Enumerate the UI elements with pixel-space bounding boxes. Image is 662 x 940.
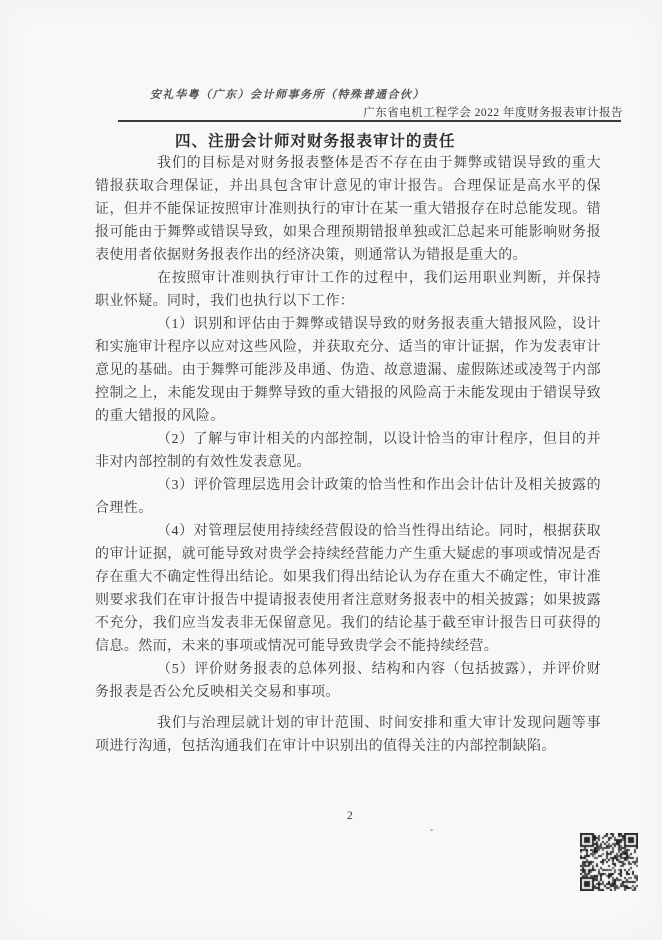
body-paragraph: 我们与治理层就计划的审计范围、时间安排和重大审计发现问题等事项进行沟通，包括沟通… — [95, 712, 601, 758]
body-paragraph: （3）评价管理层选用会计政策的恰当性和作出会计估计及相关披露的合理性。 — [95, 474, 601, 520]
body-paragraph: 我们的目标是对财务报表整体是否不存在由于舞弊或错误导致的重大错报获取合理保证，并… — [95, 152, 601, 267]
qr-code-canvas — [580, 833, 638, 891]
body-paragraph: （5）评价财务报表的总体列报、结构和内容（包括披露），并评价财务报表是否公允反映… — [95, 658, 601, 704]
document-body: 我们的目标是对财务报表整体是否不存在由于舞弊或错误导致的重大错报获取合理保证，并… — [95, 152, 601, 758]
body-paragraph: （4）对管理层使用持续经营假设的恰当性得出结论。同时，根据获取的审计证据，就可能… — [95, 520, 601, 658]
body-paragraph: （2）了解与审计相关的内部控制，以设计恰当的审计程序，但目的并非对内部控制的有效… — [95, 428, 601, 474]
qr-code-icon — [580, 833, 638, 891]
body-paragraph: （1）识别和评估由于舞弊或错误导致的财务报表重大错报风险，设计和实施审计程序以应… — [95, 313, 601, 428]
report-title-header: 广东省电机工程学会 2022 年度财务报表审计报告 — [363, 104, 623, 120]
scanned-document-page: 安礼华粤（广东）会计师事务所（特殊普通合伙） 广东省电机工程学会 2022 年度… — [0, 0, 662, 940]
firm-letterhead: 安礼华粤（广东）会计师事务所（特殊普通合伙） — [150, 86, 425, 102]
page-number: 2 — [347, 810, 353, 822]
scan-speck — [430, 829, 433, 831]
header-rule — [118, 120, 621, 122]
body-paragraph: 在按照审计准则执行审计工作的过程中，我们运用职业判断，并保持职业怀疑。同时，我们… — [95, 267, 601, 313]
section-heading: 四、注册会计师对财务报表审计的责任 — [175, 129, 456, 151]
